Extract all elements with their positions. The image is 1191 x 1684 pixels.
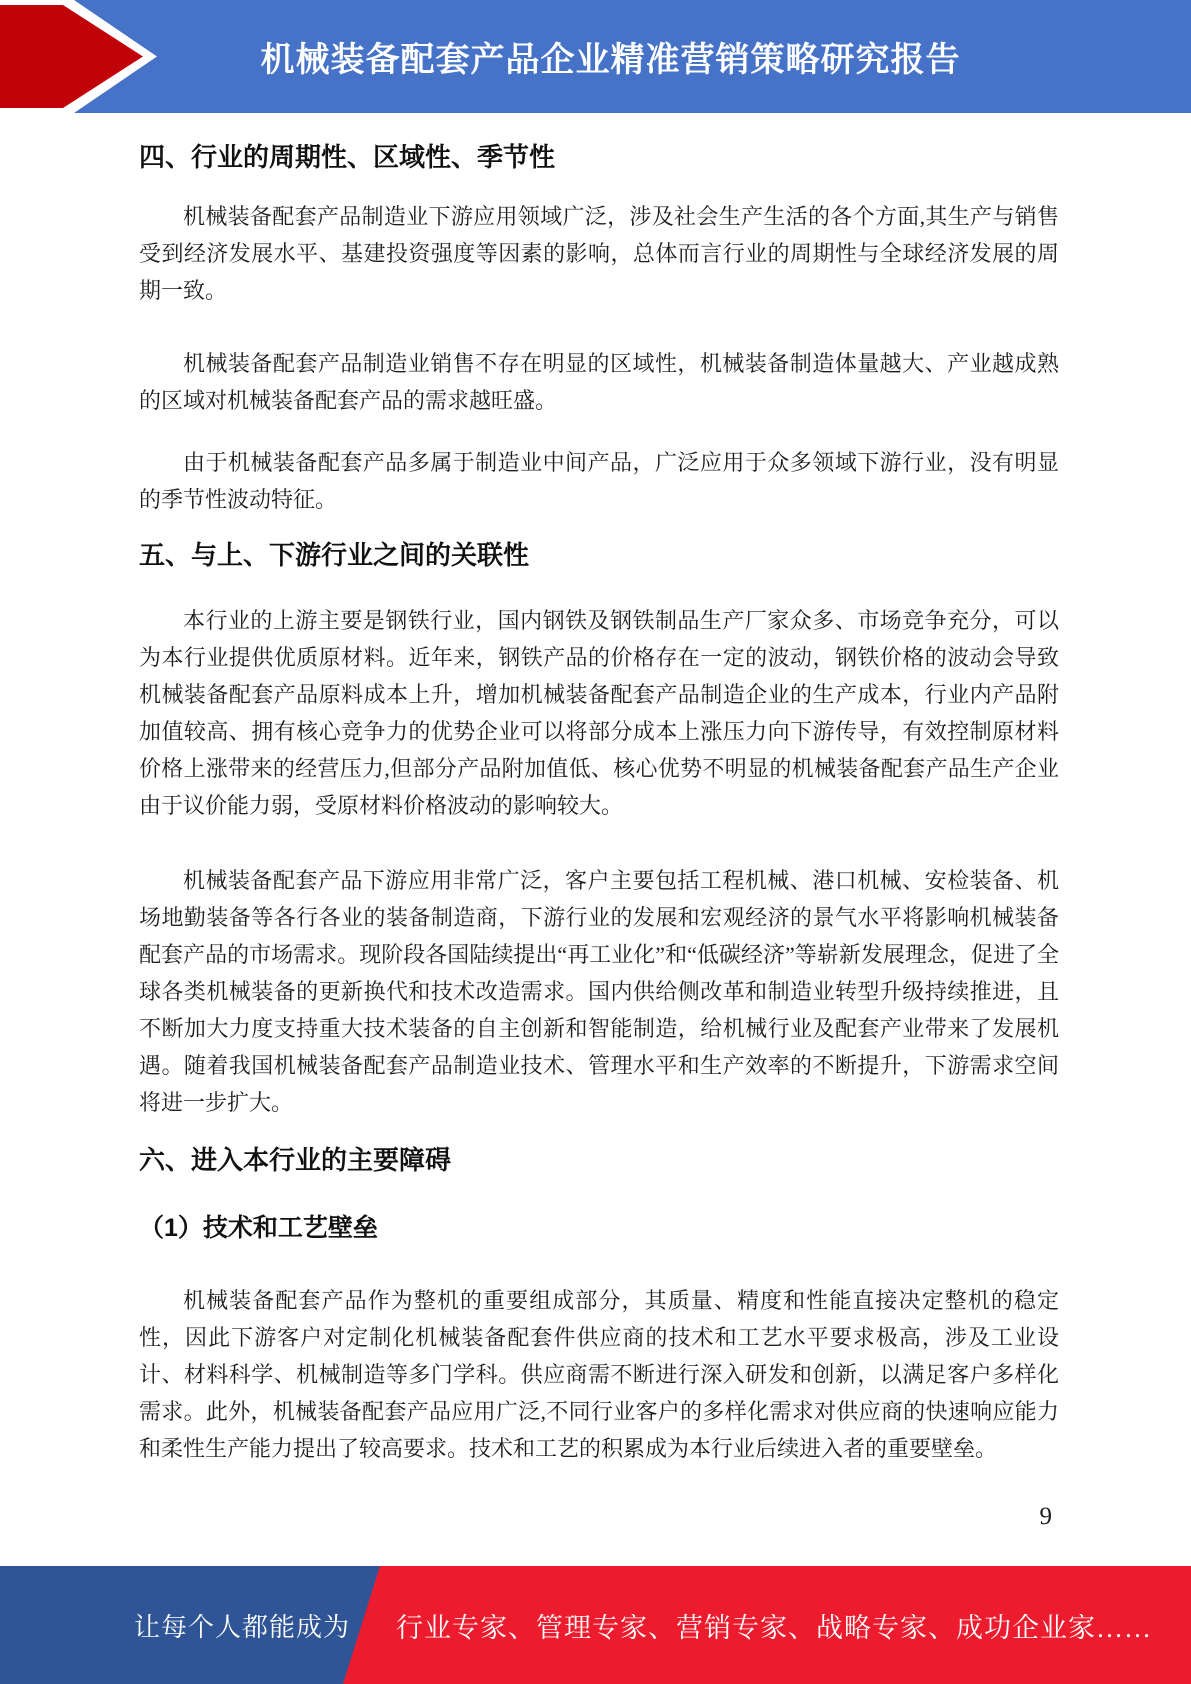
footer-slogan-left: 让每个人都能成为 (0, 1566, 350, 1684)
subsection-heading-tech-barrier: （1）技术和工艺壁垒 (139, 1213, 1059, 1244)
footer-slogan-right: 行业专家、管理专家、营销专家、战略专家、成功企业家…… (396, 1566, 1171, 1684)
document-body: 四、行业的周期性、区域性、季节性 机械装备配套产品制造业下游应用领域广泛，涉及社… (139, 113, 1059, 1467)
paragraph: 由于机械装备配套产品多属于制造业中间产品，广泛应用于众多领域下游行业，没有明显的… (139, 444, 1059, 518)
section-heading-periodicity: 四、行业的周期性、区域性、季节性 (139, 140, 1059, 174)
footer: 让每个人都能成为 行业专家、管理专家、营销专家、战略专家、成功企业家…… (0, 1566, 1191, 1684)
report-page: 机械装备配套产品企业精准营销策略研究报告 四、行业的周期性、区域性、季节性 机械… (0, 0, 1191, 1684)
section-heading-upstream-downstream: 五、与上、下游行业之间的关联性 (139, 538, 1059, 572)
report-title: 机械装备配套产品企业精准营销策略研究报告 (0, 0, 1191, 113)
paragraph: 机械装备配套产品制造业下游应用领域广泛，涉及社会生产生活的各个方面,其生产与销售… (139, 198, 1059, 309)
paragraph: 本行业的上游主要是钢铁行业，国内钢铁及钢铁制品生产厂家众多、市场竞争充分，可以为… (139, 602, 1059, 824)
paragraph: 机械装备配套产品制造业销售不存在明显的区域性，机械装备制造体量越大、产业越成熟的… (139, 345, 1059, 419)
page-number: 9 (1040, 1503, 1053, 1531)
paragraph: 机械装备配套产品作为整机的重要组成部分，其质量、精度和性能直接决定整机的稳定性，… (139, 1282, 1059, 1467)
section-heading-entry-barriers: 六、进入本行业的主要障碍 (139, 1143, 1059, 1177)
report-header-banner: 机械装备配套产品企业精准营销策略研究报告 (0, 0, 1191, 113)
paragraph: 机械装备配套产品下游应用非常广泛，客户主要包括工程机械、港口机械、安检装备、机场… (139, 862, 1059, 1121)
